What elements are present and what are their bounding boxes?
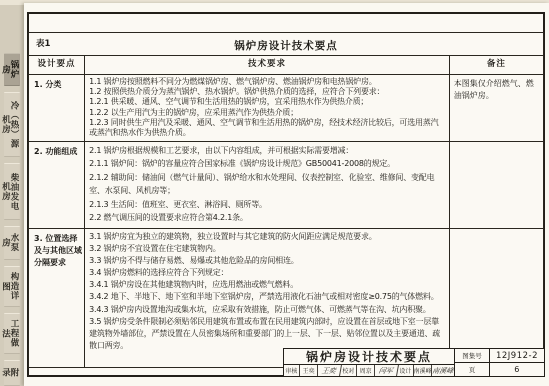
table-title: 锅炉房设计技术要点 [234,40,338,52]
sidebar-item-boiler-room[interactable]: 锅炉房 [4,53,20,86]
review-name: 王奕 [300,365,319,376]
proofread-label: 校对 [341,365,357,376]
requirement-line: 2.2 燃气调压间的设置要求应符合第4.2.1条。 [89,211,445,224]
sidebar-item-appendix[interactable]: 附录 [4,360,20,386]
design-signature: 南溪峰 [431,365,455,376]
requirement-line: 1.2.3 同时供生产用汽及采暖、通风、空气调节和生活用热的锅炉房，经技术经济比… [89,118,445,138]
requirement-line: 3.3 锅炉房不得与储存易燃、易爆或其他危险品的房间相连。 [89,255,445,267]
page-number-label: 页 [455,363,490,376]
table-title-row: 表1 锅炉房设计技术要点 [29,33,544,56]
requirement-line: 2.1.1 锅炉间：锅炉的容量应符合国家标准《锅炉房设计规范》GB50041-2… [89,157,445,170]
atlas-number-value: 12J912-2 [490,349,544,362]
sidebar-item-diesel-generator-room[interactable]: 柴油发电机房 [4,163,20,220]
sidebar-item-pump-room[interactable]: 水泵房 [4,226,20,259]
column-header-design-point: 设计要点 [29,56,85,75]
requirement-line: 2.1 锅炉房根据规模和工艺要求，由以下内容组成，并可根据实际需要增减： [89,144,445,157]
review-signature: 王奕 [317,365,342,376]
title-block: 锅炉房设计技术要点 审核 王奕 王奕 校对 周京 闫军 设计 南溪峰 南溪峰 图… [283,348,544,376]
requirement-line: 3.4.2 地下、半地下、地下室和半地下室锅炉房，严禁选用液化石油气或相对密度≥… [89,291,445,303]
review-label: 审核 [284,365,300,376]
row-point-functional-composition: 2. 功能组成 [29,142,85,229]
title-block-title: 锅炉房设计技术要点 [284,349,454,365]
requirement-line: 3.4.3 锅炉房内设置地沟或集水坑，应采取有效措施，防止可燃气体、可燃蒸气等在… [89,304,445,316]
requirement-line: 3.1 锅炉房宜为独立的建筑物，独立设置时与其它建筑的防火间距应满足规范要求。 [89,231,445,243]
proofread-name: 周京 [357,365,376,376]
row-remark-classification: 本图集仅介绍燃气、燃油锅炉房。 [449,75,543,142]
edge-tab-sidebar: 锅炉房 冷（热）源机房 柴油发电机房 水泵房 构造详图 工程做法 附录 [0,5,24,386]
requirement-line: 3.4.1 锅炉房设在其他建筑物内时，应选用燃油或燃气燃料。 [89,279,445,291]
row-point-location-separation: 3. 位置选择及与其他区域分隔要求 [29,229,85,368]
table-number: 表1 [36,37,50,49]
requirement-line: 2.1.3 生活间：值班室、更衣室、淋浴间、厕所等。 [89,198,445,211]
atlas-number-label: 图集号 [455,349,490,362]
page-number-value: 6 [490,363,544,376]
requirements-table: 表1 锅炉房设计技术要点 设计要点 技术要求 备注 1. 分类 1.1 锅炉房按… [28,32,544,368]
sidebar-item-engineering-practice[interactable]: 工程做法 [4,313,20,354]
column-header-remark: 备注 [449,56,543,75]
title-block-credits: 审核 王奕 王奕 校对 周京 闫军 设计 南溪峰 南溪峰 [284,365,454,376]
row-remark-location-separation [449,229,543,368]
row-point-classification: 1. 分类 [29,75,85,142]
atlas-page: 表1 锅炉房设计技术要点 设计要点 技术要求 备注 1. 分类 1.1 锅炉房按… [24,3,549,386]
design-name: 南溪峰 [414,365,433,376]
proofread-signature: 闫军 [374,365,399,376]
design-label: 设计 [398,365,414,376]
sidebar-item-cooling-heating-source-room[interactable]: 冷（热）源机房 [4,92,20,157]
row-requirements-location-separation: 3.1 锅炉房宜为独立的建筑物，独立设置时与其它建筑的防火间距应满足规范要求。 … [85,229,450,368]
sidebar-item-construction-details[interactable]: 构造详图 [4,266,20,307]
requirement-line: 1.2 按照供热介质分为蒸汽锅炉、热水锅炉。锅炉供热介质的选择，应符合下列要求： [89,87,445,97]
row-remark-functional-composition [449,142,543,229]
requirement-line: 2.1.2 辅助间：储油间（燃气计量间）、锅炉给水和水处理间、仪表控制室、化验室… [89,171,445,198]
requirement-line: 3.2 锅炉房不宜设置在住宅建筑物内。 [89,243,445,255]
requirement-line: 1.2.2 以生产用汽为主的锅炉房，应采用蒸汽作为供热介质； [89,108,445,118]
requirement-line: 1.2.1 供采暖、通风、空气调节和生活用热的锅炉房，宜采用热水作为供热介质； [89,97,445,107]
requirement-line: 3.4 锅炉房燃料的选择应符合下列规定： [89,267,445,279]
column-header-technical-requirement: 技术要求 [85,56,450,75]
requirement-line: 1.1 锅炉房按照燃料不同分为燃煤锅炉房、燃气锅炉房、燃油锅炉房和电热锅炉房。 [89,77,445,87]
row-requirements-functional-composition: 2.1 锅炉房根据规模和工艺要求，由以下内容组成，并可根据实际需要增减： 2.1… [85,142,450,229]
requirement-line: 3.5 锅炉房受条件限制必须贴邻民用建筑布置或布置在民用建筑内部时，应设置在首层… [89,316,445,352]
drawing-frame: 表1 锅炉房设计技术要点 设计要点 技术要求 备注 1. 分类 1.1 锅炉房按… [27,12,545,377]
row-requirements-classification: 1.1 锅炉房按照燃料不同分为燃煤锅炉房、燃气锅炉房、燃油锅炉房和电热锅炉房。 … [85,75,450,142]
